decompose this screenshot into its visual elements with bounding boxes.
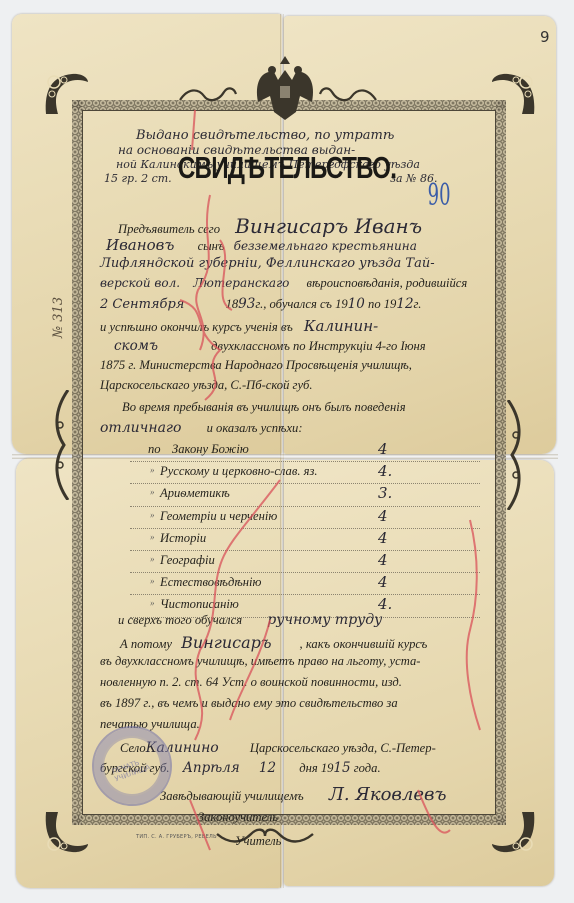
- origin-volost: верской вол.: [100, 276, 180, 290]
- grade-score: 4.: [378, 595, 392, 613]
- double-headed-eagle-emblem-icon: [250, 52, 320, 124]
- social-status: безземельнаго крестьянина: [234, 239, 417, 253]
- grade-score: 3.: [378, 484, 392, 502]
- corner-ornament-icon: [490, 70, 538, 118]
- behavior-grade: отличнаго: [100, 420, 181, 436]
- print-text: года.: [354, 761, 381, 775]
- print-text: и успѣшно окончилъ курсъ ученія въ: [100, 320, 293, 334]
- grade-subject: Русскому и церковно-слав. яз.: [160, 464, 318, 479]
- print-text: вѣроисповѣданія, родившійся: [307, 276, 468, 290]
- print-text: 18: [226, 297, 239, 311]
- grade-prefix: »: [150, 598, 155, 608]
- grade-score: 4.: [378, 462, 392, 480]
- school-seal-stamp: ПЕЧАТЬ УЧИЛИЩА: [92, 726, 172, 806]
- print-text: Во время пребыванія въ училищѣ онъ былъ …: [122, 400, 406, 414]
- body-line-2: Ивановъ сынъ безземельнаго крестьянина: [100, 236, 480, 254]
- print-text: А потому: [120, 637, 172, 651]
- grade-subject: Геометріи и черченію: [160, 509, 277, 524]
- patronymic: Ивановъ: [106, 236, 174, 254]
- print-text: г., обучался съ 19: [255, 297, 347, 311]
- print-text: Предъявитель сего: [118, 222, 220, 236]
- school-village-name-cont: скомъ: [114, 338, 158, 354]
- print-text: и сверхъ того обучался: [118, 613, 242, 627]
- print-text: дня 19: [299, 761, 333, 775]
- grade-score: 4: [378, 507, 388, 525]
- grade-subject: Ариѳметикѣ: [160, 486, 230, 501]
- grade-prefix: по: [148, 442, 161, 457]
- grade-subject: Географіи: [160, 553, 215, 568]
- grade-row: по Закону Божію 4: [130, 440, 480, 462]
- print-text: б-ской губ.: [255, 378, 312, 392]
- grade-row: » Ариѳметикѣ 3.: [130, 484, 480, 506]
- frame-border-bottom: [72, 815, 506, 825]
- body-line-5: 2 Сентября 1893г., обучался съ 1910 по 1…: [100, 296, 480, 312]
- bearer-name: Вингисаръ Иванъ: [235, 214, 422, 238]
- grade-prefix: »: [150, 465, 155, 475]
- body-line-9: Царскосельскаго уѣзда, С.-Пб-ской губ.: [100, 378, 480, 393]
- scroll-flourish-icon: [318, 84, 378, 104]
- grade-subject: Чистописанію: [160, 597, 239, 612]
- grade-row: » Исторіи 4: [130, 529, 480, 551]
- head-signature: Л. Яковлевъ: [329, 784, 447, 805]
- issue-year: 15: [333, 760, 350, 776]
- grade-prefix: »: [150, 576, 155, 586]
- printer-imprint: ТИП. С. А. ГРУБЕРЪ, РЕВЕЛЬ: [136, 834, 217, 840]
- side-scroll-ornament-icon: [506, 400, 526, 510]
- print-text: Царскосельскаго уѣзда, С.-П: [100, 378, 255, 392]
- grade-row: » Русскому и церковно-слав. яз. 4.: [130, 462, 480, 484]
- grade-subject: Естествовѣдѣнію: [160, 575, 261, 590]
- corner-ornament-icon: [42, 808, 90, 856]
- conclusion-line-1: А потому Вингисаръ, какъ окончившій курс…: [100, 633, 480, 652]
- birth-year: 93: [238, 296, 255, 312]
- teacher-label: Учитель: [235, 834, 281, 849]
- extra-subject: ручному труду: [267, 612, 382, 628]
- print-text: сынъ: [198, 239, 225, 253]
- print-text: г.: [414, 297, 422, 311]
- body-line-6: и успѣшно окончилъ курсъ ученія въ Калин…: [100, 317, 480, 335]
- grade-prefix: »: [150, 532, 155, 542]
- corner-ornament-icon: [490, 808, 538, 856]
- issue-day: 12: [259, 760, 276, 776]
- print-text: , какъ окончившій курсъ: [300, 637, 428, 651]
- side-scroll-ornament-icon: [50, 390, 70, 500]
- conclusion-line-4: въ 1897 г., въ чемъ и выдано ему это сви…: [100, 696, 480, 711]
- blue-pencil-mark: 90: [428, 178, 451, 213]
- corner-ornament-icon: [42, 70, 90, 118]
- grade-score: 4: [378, 573, 388, 591]
- body-line-1: Предъявитель сего Вингисаръ Иванъ: [100, 214, 480, 238]
- annotation-line-1: Выдано свидѣтельство, по утратѣ: [136, 128, 394, 143]
- graduate-surname: Вингисаръ: [181, 633, 271, 652]
- grade-row: » Географіи 4: [130, 551, 480, 573]
- body-line-11: отличнаго и оказалъ успѣхи:: [100, 420, 480, 436]
- print-text: и оказалъ успѣхи:: [207, 421, 303, 435]
- scroll-flourish-icon: [178, 84, 238, 104]
- grade-prefix: »: [150, 554, 155, 564]
- print-text: по 19: [368, 297, 396, 311]
- grade-score: 4: [378, 529, 388, 547]
- frame-border-right: [496, 100, 506, 825]
- print-text: двухклассномъ по Инструкціи 4-го Іюня: [211, 339, 426, 353]
- body-line-10: Во время пребыванія въ училищѣ онъ былъ …: [100, 400, 480, 415]
- grades-list: по Закону Божію 4 » Русскому и церковно-…: [130, 440, 480, 618]
- body-line-7: скомъ двухклассномъ по Инструкціи 4-го І…: [100, 338, 480, 354]
- head-label: Завѣдывающій училищемъ: [160, 789, 304, 803]
- conclusion-line-3: новленную п. 2. ст. 64 Уст. о воинской п…: [100, 675, 480, 690]
- birth-date: 2 Сентября: [100, 297, 184, 312]
- frame-border-left: [72, 100, 82, 825]
- study-from-year: 10: [348, 296, 365, 312]
- grade-subject: Исторіи: [160, 531, 206, 546]
- head-signature-line: Завѣдывающій училищемъ Л. Яковлевъ: [160, 784, 446, 805]
- study-to-year: 12: [396, 296, 413, 312]
- priest-label: Законоучитель: [198, 810, 278, 825]
- school-village-name: Калинин-: [304, 317, 378, 335]
- conclusion-line-2: въ двухклассномъ училищѣ, имѣетъ право н…: [100, 654, 480, 669]
- grade-score: 4: [378, 551, 388, 569]
- print-text: Царскосельскаго уѣзда, С.-Петер-: [250, 741, 436, 755]
- margin-registry-number: № 313: [51, 297, 66, 338]
- conclusion-line-5: печатью училища.: [100, 717, 480, 732]
- body-line-8: 1875 г. Министерства Народнаго Просвѣщен…: [100, 358, 480, 373]
- stamp-text: ПЕЧАТЬ УЧИЛИЩА: [111, 749, 171, 784]
- body-line-3: Лифляндской губернiи, Феллинскаго уѣзда …: [100, 256, 480, 271]
- grade-row: » Естествовѣдѣнію 4: [130, 573, 480, 595]
- grade-subject: Закону Божію: [172, 442, 249, 457]
- page-number: 9: [540, 28, 550, 46]
- body-line-4: верской вол. Лютеранскаго вѣроисповѣдані…: [100, 276, 480, 291]
- grade-row: » Геометріи и черченію 4: [130, 507, 480, 529]
- extra-subject-line: и сверхъ того обучался ручному труду: [100, 612, 480, 628]
- issue-month: Апрѣля: [183, 760, 240, 776]
- origin-province: Лифляндской губернiи, Феллинскаго уѣзда …: [100, 256, 435, 271]
- religion: Лютеранскаго: [193, 276, 289, 290]
- grade-score: 4: [378, 440, 388, 458]
- grade-prefix: »: [150, 487, 155, 497]
- grade-prefix: »: [150, 510, 155, 520]
